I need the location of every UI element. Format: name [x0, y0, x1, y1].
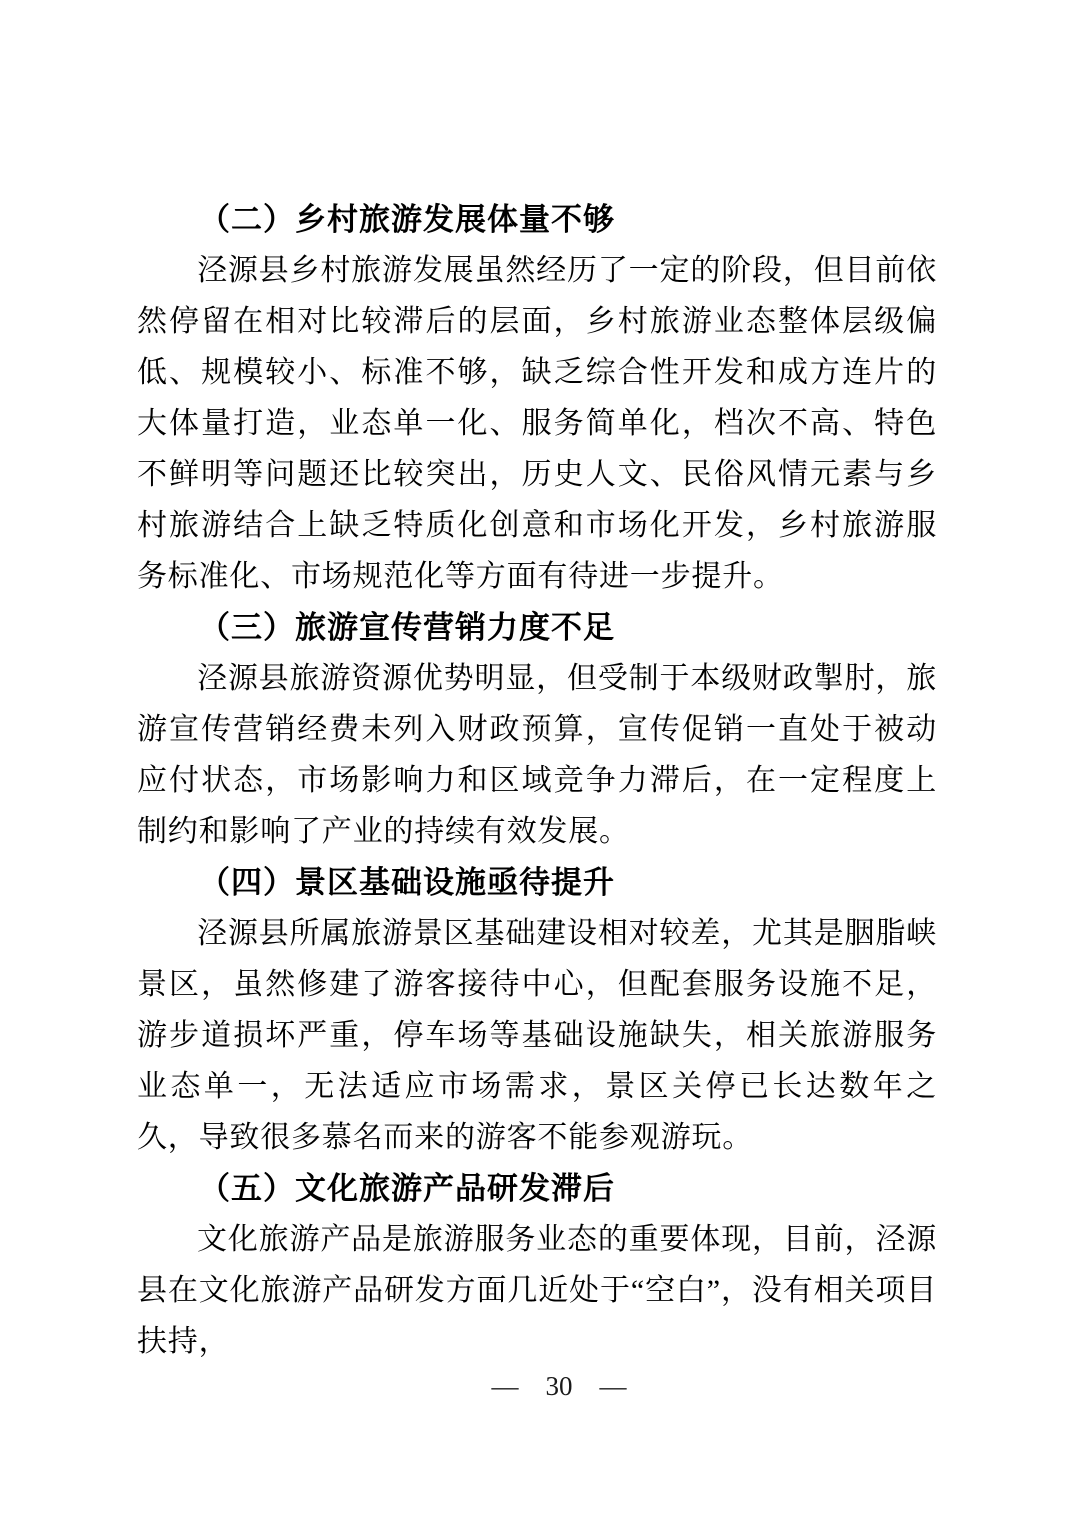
- page-footer: — 30 —: [24, 1368, 1070, 1404]
- section-paragraph: 泾源县旅游资源优势明显，但受制于本级财政掣肘，旅游宣传营销经费未列入财政预算，宣…: [137, 653, 937, 857]
- section-paragraph: 泾源县乡村旅游发展虽然经历了一定的阶段，但目前依然停留在相对比较滞后的层面，乡村…: [137, 245, 937, 602]
- section-rural-tourism-volume: （二）乡村旅游发展体量不够 泾源县乡村旅游发展虽然经历了一定的阶段，但目前依然停…: [137, 194, 937, 602]
- section-paragraph: 文化旅游产品是旅游服务业态的重要体现，目前，泾源县在文化旅游产品研发方面几近处于…: [137, 1214, 937, 1367]
- section-heading: （三）旅游宣传营销力度不足: [137, 602, 937, 653]
- section-heading: （五）文化旅游产品研发滞后: [137, 1163, 937, 1214]
- section-product-development-lag: （五）文化旅游产品研发滞后 文化旅游产品是旅游服务业态的重要体现，目前，泾源县在…: [137, 1163, 937, 1367]
- section-heading: （二）乡村旅游发展体量不够: [137, 194, 937, 245]
- footer-dash-right: —: [600, 1368, 627, 1404]
- footer-dash-left: —: [492, 1368, 519, 1404]
- document-page: （二）乡村旅游发展体量不够 泾源县乡村旅游发展虽然经历了一定的阶段，但目前依然停…: [0, 0, 1070, 1515]
- page-number: 30: [546, 1368, 573, 1404]
- section-heading: （四）景区基础设施亟待提升: [137, 857, 937, 908]
- section-marketing-insufficient: （三）旅游宣传营销力度不足 泾源县旅游资源优势明显，但受制于本级财政掣肘，旅游宣…: [137, 602, 937, 857]
- section-infrastructure-upgrade: （四）景区基础设施亟待提升 泾源县所属旅游景区基础建设相对较差，尤其是胭脂峡景区…: [137, 857, 937, 1163]
- section-paragraph: 泾源县所属旅游景区基础建设相对较差，尤其是胭脂峡景区，虽然修建了游客接待中心，但…: [137, 908, 937, 1163]
- document-body: （二）乡村旅游发展体量不够 泾源县乡村旅游发展虽然经历了一定的阶段，但目前依然停…: [137, 194, 937, 1367]
